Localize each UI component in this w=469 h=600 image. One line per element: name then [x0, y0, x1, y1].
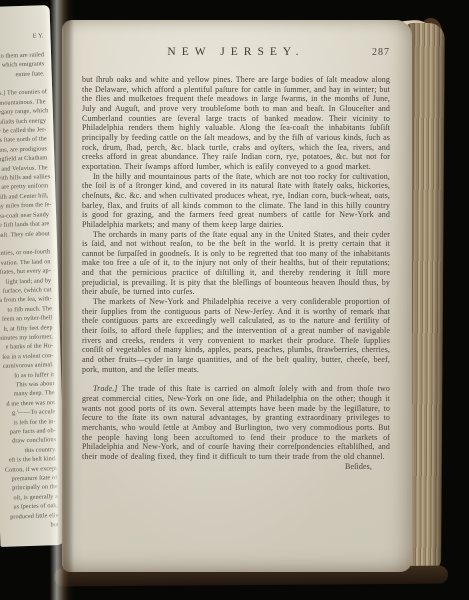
body-paragraph-2: In the hilly and mountainous parts of th… [82, 172, 390, 230]
trade-paragraph: Trade.]The trade of this ſtate is carrie… [82, 384, 390, 461]
facing-page-line-fragment: but [0, 520, 59, 531]
body-paragraph-3: The orchards in many parts of the ſtate … [82, 230, 390, 298]
page-content: NEW JERSEY. 287 but ſhrub oaks and white… [82, 46, 390, 558]
facing-page-line-fragment: entire ſtate. [0, 69, 45, 80]
page-header: NEW JERSEY. 287 [82, 46, 390, 58]
running-title: NEW JERSEY. [124, 46, 348, 58]
body-paragraph-1: but ſhrub oaks and white and yellow pine… [82, 75, 390, 172]
book-page: NEW JERSEY. 287 but ſhrub oaks and white… [62, 20, 412, 572]
body-paragraph-4: The markets of New-York and Philadelphia… [82, 297, 390, 374]
facing-page-sliver: E Y.ng to them are raiſedon which emigra… [0, 5, 66, 547]
facing-page-text: E Y.ng to them are raiſedon which emigra… [0, 5, 66, 531]
trade-section-text: The trade of this ſtate is carried on al… [82, 384, 390, 461]
page-body: but ſhrub oaks and white and yellow pine… [82, 75, 390, 471]
catchword: Beſides, [82, 462, 390, 472]
book-photo-scene: E Y.ng to them are raiſedon which emigra… [0, 0, 469, 600]
facing-page-line-fragment: coaſt. They riſe about [0, 229, 50, 240]
trade-section-label: Trade.] [93, 384, 118, 393]
page-number: 287 [348, 47, 390, 58]
